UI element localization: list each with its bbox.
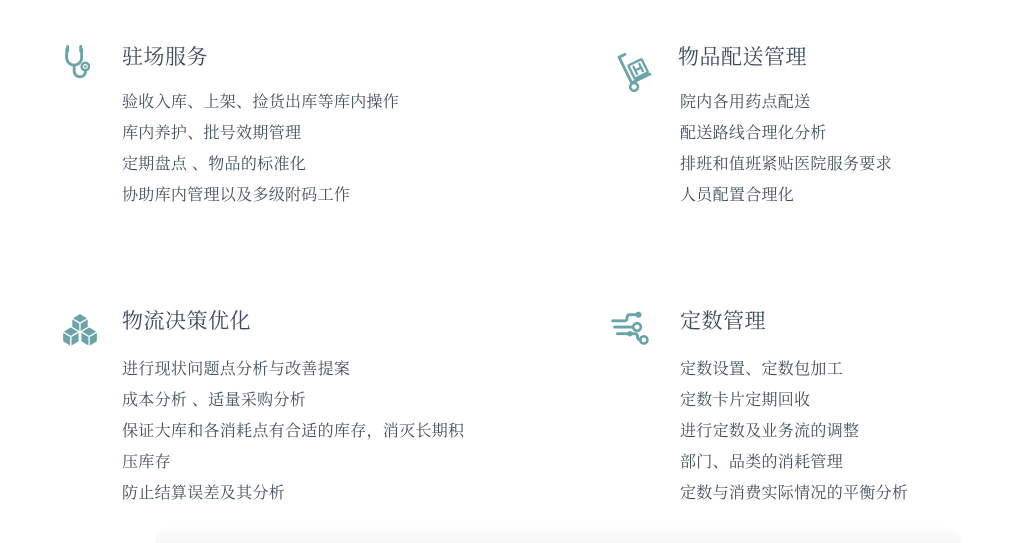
feature-item: 进行现状问题点分析与改善提案: [122, 354, 542, 385]
feature-title: 定数管理: [680, 308, 766, 336]
cubes-icon: [60, 310, 100, 355]
feature-item: 成本分析 、适量采购分析: [122, 385, 542, 416]
feature-title: 物品配送管理: [678, 44, 807, 72]
feature-item: 定数与消费实际情况的平衡分析: [680, 478, 1010, 509]
feature-item: 防止结算误差及其分析: [122, 478, 542, 509]
feature-item-list: 院内各用药点配送 配送路线合理化分析 排班和值班紧贴医院服务要求 人员配置合理化: [680, 87, 1010, 211]
feature-item: 协助库内管理以及多级附码工作: [122, 180, 542, 211]
feature-card-logistics-decision: 物流决策优化 进行现状问题点分析与改善提案 成本分析 、适量采购分析 保证大库和…: [58, 302, 538, 532]
feature-item-list: 定数设置、定数包加工 定数卡片定期回收 进行定数及业务流的调整 部门、品类的消耗…: [680, 354, 1010, 509]
feature-item: 定数设置、定数包加工: [680, 354, 1010, 385]
feature-item-list: 验收入库、上架、捡货出库等库内操作 库内养护、批号效期管理 定期盘点 、物品的标…: [122, 87, 542, 211]
feature-grid: 驻场服务 验收入库、上架、捡货出库等库内操作 库内养护、批号效期管理 定期盘点 …: [0, 0, 1024, 543]
feature-item: 配送路线合理化分析: [680, 118, 1010, 149]
feature-card-item-delivery: 物品配送管理 院内各用药点配送 配送路线合理化分析 排班和值班紧贴医院服务要求 …: [608, 40, 1008, 260]
stethoscope-icon: [62, 44, 90, 94]
feature-item: 部门、品类的消耗管理: [680, 447, 1010, 478]
feature-title: 驻场服务: [122, 44, 208, 72]
feature-card-fixed-quantity: 定数管理 定数设置、定数包加工 定数卡片定期回收 进行定数及业务流的调整 部门、…: [604, 302, 1014, 532]
hand-truck-icon: [612, 48, 658, 101]
feature-card-onsite-service: 驻场服务 验收入库、上架、捡货出库等库内操作 库内养护、批号效期管理 定期盘点 …: [62, 40, 542, 260]
feature-item: 验收入库、上架、捡货出库等库内操作: [122, 87, 542, 118]
feature-item: 人员配置合理化: [680, 180, 1010, 211]
feature-item: 进行定数及业务流的调整: [680, 416, 1010, 447]
feature-item: 库内养护、批号效期管理: [122, 118, 542, 149]
feature-item: 保证大库和各消耗点有合适的库存，消灭长期积 压库存: [122, 416, 542, 478]
feature-item: 定期盘点 、物品的标准化: [122, 149, 542, 180]
next-section-card-top-edge: [155, 526, 961, 543]
feature-title: 物流决策优化: [122, 308, 251, 336]
feature-item: 定数卡片定期回收: [680, 385, 1010, 416]
feature-item-list: 进行现状问题点分析与改善提案 成本分析 、适量采购分析 保证大库和各消耗点有合适…: [122, 354, 542, 509]
feature-item: 排班和值班紧贴医院服务要求: [680, 149, 1010, 180]
circuit-nodes-icon: [606, 308, 650, 353]
feature-item: 院内各用药点配送: [680, 87, 1010, 118]
